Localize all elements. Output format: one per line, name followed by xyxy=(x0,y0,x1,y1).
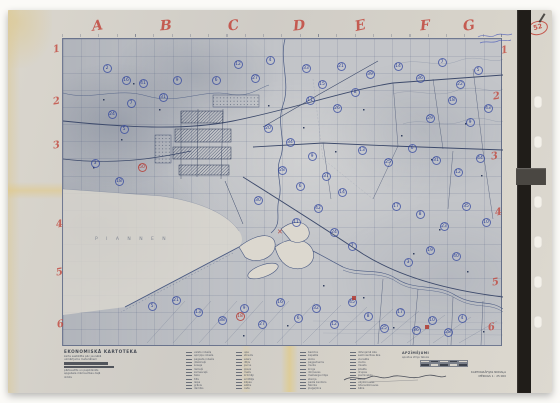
circled-number-marker: 5 xyxy=(120,125,129,134)
circled-number-marker: 14 xyxy=(338,188,347,197)
circled-number-marker: 28 xyxy=(444,328,453,337)
circled-number-marker: 36 xyxy=(416,74,425,83)
binding-strip xyxy=(517,10,531,393)
circled-number-marker: 40 xyxy=(452,252,461,261)
circled-number-marker: 38 xyxy=(218,316,227,325)
red-square-marker xyxy=(352,296,356,300)
circled-number-marker: 17 xyxy=(396,308,405,317)
punch-hole xyxy=(534,136,542,148)
circled-number-marker: 43 xyxy=(484,104,493,113)
circled-number-marker: 5 xyxy=(148,302,157,311)
circled-number-marker: 12 xyxy=(234,60,243,69)
field-parcels xyxy=(147,301,503,343)
sea-area xyxy=(63,189,242,315)
circled-number-marker: 7 xyxy=(127,99,136,108)
circled-number-marker: 7 xyxy=(438,58,447,67)
circled-number-marker: 19 xyxy=(426,246,435,255)
circled-number-marker: 32 xyxy=(312,304,321,313)
punch-hole xyxy=(534,236,542,248)
circled-number-marker: 11 xyxy=(292,218,301,227)
punch-hole xyxy=(534,196,542,208)
circled-number-marker: 16 xyxy=(276,298,285,307)
column-letter: D xyxy=(292,17,306,34)
red-circled-marker: 50 xyxy=(138,163,147,172)
circled-number-marker: 9 xyxy=(466,118,475,127)
punch-hole xyxy=(534,96,542,108)
column-letter: B xyxy=(159,18,172,35)
circled-number-marker: 33 xyxy=(302,64,311,73)
circled-number-marker: 17 xyxy=(392,202,401,211)
circled-number-marker: 26 xyxy=(333,104,342,113)
punch-hole xyxy=(534,316,542,328)
circled-number-marker: 9 xyxy=(308,152,317,161)
circled-number-marker: 30 xyxy=(254,196,263,205)
circled-number-marker: 13 xyxy=(358,146,367,155)
circled-number-marker: 11 xyxy=(306,96,315,105)
circled-number-marker: 41 xyxy=(139,79,148,88)
sea-area-label: P I A N N E N xyxy=(95,237,169,242)
circled-number-marker: 13 xyxy=(194,308,203,317)
binding-clip xyxy=(516,168,546,185)
circled-number-marker: 6 xyxy=(212,76,221,85)
circled-number-marker: 25 xyxy=(380,324,389,333)
circled-number-marker: 6 xyxy=(408,144,417,153)
circled-number-marker: 36 xyxy=(412,326,421,335)
red-circled-marker: 18 xyxy=(236,312,245,321)
circled-number-marker: 25 xyxy=(384,158,393,167)
circled-number-marker: 10 xyxy=(482,218,491,227)
circled-number-marker: 2 xyxy=(103,64,112,73)
column-letter: F xyxy=(419,18,430,35)
circled-number-marker: 4 xyxy=(266,56,275,65)
circled-number-marker: 9 xyxy=(173,76,182,85)
circled-number-marker: 44 xyxy=(476,154,485,163)
circled-number-marker: 12 xyxy=(330,320,339,329)
circled-number-marker: 8 xyxy=(351,88,360,97)
circled-number-marker: 16 xyxy=(122,76,131,85)
circled-number-marker: 6 xyxy=(294,314,303,323)
circled-number-marker: 8 xyxy=(364,312,373,321)
circled-number-marker: 24 xyxy=(108,110,117,119)
circled-number-marker: 31 xyxy=(159,93,168,102)
circled-number-marker: 21 xyxy=(172,296,181,305)
red-square-marker xyxy=(425,325,429,329)
red-cross-marker: ✕ xyxy=(277,228,283,236)
town-blocks xyxy=(155,95,259,179)
circled-number-marker: 24 xyxy=(330,228,339,237)
circled-number-marker: 29 xyxy=(426,114,435,123)
column-letter: A xyxy=(91,17,104,34)
circled-number-marker: 4 xyxy=(458,314,467,323)
circled-number-marker: 31 xyxy=(432,156,441,165)
pencil-note xyxy=(476,31,516,51)
circled-number-marker: 27 xyxy=(251,74,260,83)
circled-number-marker: 14 xyxy=(394,62,403,71)
circled-number-marker: 3 xyxy=(91,159,100,168)
circled-number-marker: 18 xyxy=(115,177,124,186)
circled-number-marker: 12 xyxy=(454,168,463,177)
punch-hole xyxy=(534,276,542,288)
circled-number-marker: 20 xyxy=(264,124,273,133)
circled-number-marker: 18 xyxy=(448,96,457,105)
scanned-map-photo: P I A N N E N ABCDEFG 123456123456 21641… xyxy=(0,0,560,403)
circled-number-marker: 21 xyxy=(337,62,346,71)
sheet-number: 52 xyxy=(532,22,543,32)
circled-number-marker: 27 xyxy=(258,320,267,329)
circled-number-marker: 3 xyxy=(404,258,413,267)
circled-number-marker: 35 xyxy=(462,202,471,211)
circled-number-marker: 42 xyxy=(314,204,323,213)
contours xyxy=(313,58,503,199)
circled-number-marker: 6 xyxy=(296,182,305,191)
circled-number-marker: 37 xyxy=(322,172,331,181)
circled-number-marker: 28 xyxy=(278,166,287,175)
circled-number-marker: 23 xyxy=(440,222,449,231)
circled-number-marker: 15 xyxy=(318,80,327,89)
circled-number-marker: 22 xyxy=(456,80,465,89)
circled-number-marker: 34 xyxy=(286,138,295,147)
circled-number-marker: 7 xyxy=(348,242,357,251)
circled-number-marker: 10 xyxy=(428,316,437,325)
column-letter: G xyxy=(462,17,476,35)
map-border-ticks xyxy=(62,34,502,37)
circled-number-marker: 8 xyxy=(416,210,425,219)
circled-number-marker: 39 xyxy=(366,70,375,79)
circled-number-marker: 5 xyxy=(474,66,483,75)
